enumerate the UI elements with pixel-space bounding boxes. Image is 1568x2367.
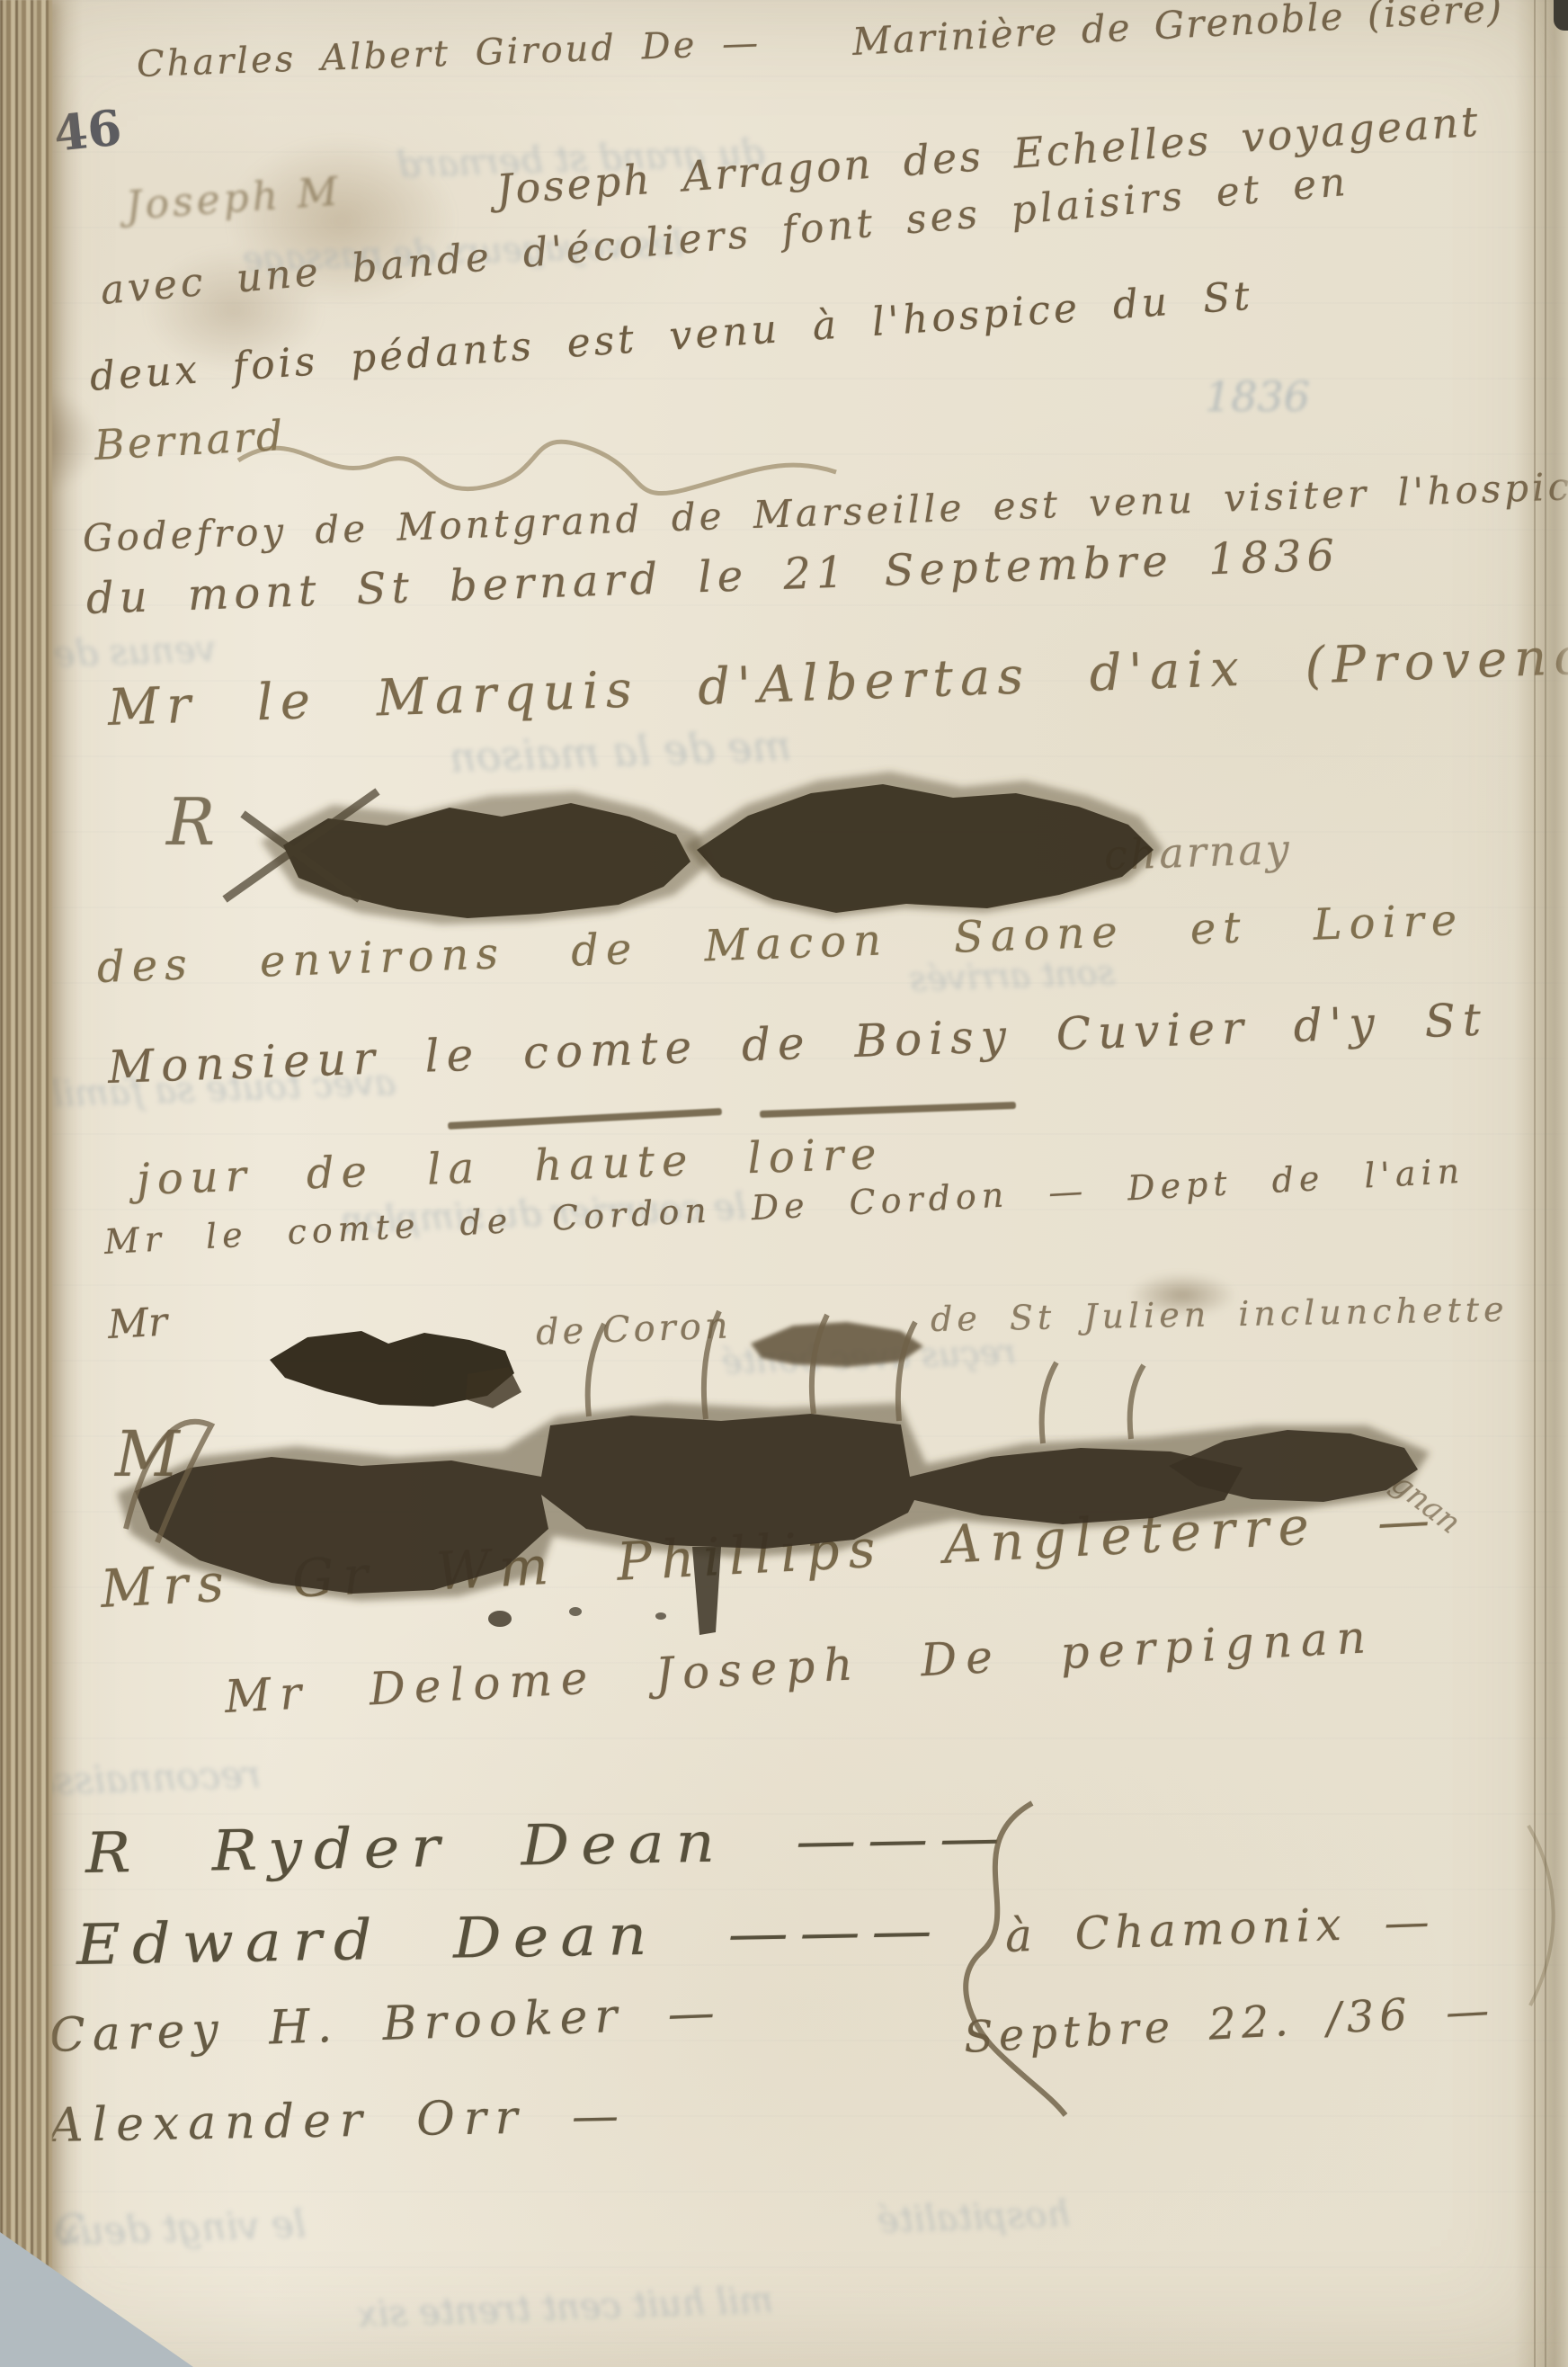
ink-drop [488,1611,512,1627]
entry1-line4: Bernard [94,415,287,466]
entry4-visible-end: charnay [1103,828,1292,876]
redaction-blot-coron-left [270,1331,521,1408]
entry7-mid: de Coron [535,1308,732,1351]
entry10-perpignan: Mr Delome Joseph De perpignan [224,1614,1376,1719]
top-right-dark-corner [1554,0,1568,31]
signature-brooker: Carey H. Brooker — [49,1989,722,2059]
scanned-manuscript: { "document": { "type": "handwritten gue… [0,0,1568,2367]
right-page-gutter [1514,0,1568,2367]
entry7-end: de St Julien inclunchette [931,1292,1509,1336]
gutter-crease [1534,0,1536,2367]
ink-drop [655,1612,666,1620]
bleed-through-year: 1836 [1205,376,1310,417]
binding-shadow [47,0,83,2367]
ink-drop [569,1607,582,1616]
entry7-prefix: Mr [107,1303,168,1345]
bleed-through-text: reçus avec bonté [721,1335,1017,1379]
strikethrough-le-comte [448,1108,722,1130]
signature-edward-dean: Edward Dean ——— [76,1902,943,1973]
bleed-through-text: hospitalité [877,2196,1070,2238]
place-note-chamonix: à Chamonix — [1004,1898,1435,1959]
entry3-marquis: Mr le Marquis d'Albertas d'aix (Provence… [107,630,1568,734]
entry8-initial: M [115,1423,180,1486]
flourish-squiggle [238,442,836,493]
signature-orr: Alexander Orr — [49,2093,628,2149]
entry9-phillips: Mrs Gr Wm Phillips Angleterre — [99,1493,1439,1615]
crossout-slash [225,791,378,899]
faded-first-attempt: Joseph M [124,172,343,227]
manuscript-page: du grand st bernard les voyageurs de pas… [0,0,1568,2367]
date-note-sept-1836: Septbre 22. /36 — [963,1988,1495,2059]
header-origin: Marinière de Grenoble (isère) [851,0,1504,61]
header-name: Charles Albert Giroud De — [136,25,761,83]
signature-ryder-dean: R Ryder Dean ——— [85,1809,1011,1881]
redaction-blot-charnay [225,772,1164,924]
entry2-line1: Godefroy de Montgrand de Marseille est v… [82,467,1568,558]
bleed-through-text: me de la maison [449,725,792,778]
book-binding-edge [0,0,52,2367]
gutter-crease [1545,0,1546,2367]
bleed-through-text: mil huit cent trente six [357,2282,774,2333]
strikethrough-de-boisy [760,1102,1016,1118]
entry4-initial: R [166,790,215,854]
entry4-line2: des environs de Macon Saone et Loire [96,898,1465,989]
entry5-line1: Monsieur le comte de Boisy Cuvier d'y St [107,996,1489,1090]
